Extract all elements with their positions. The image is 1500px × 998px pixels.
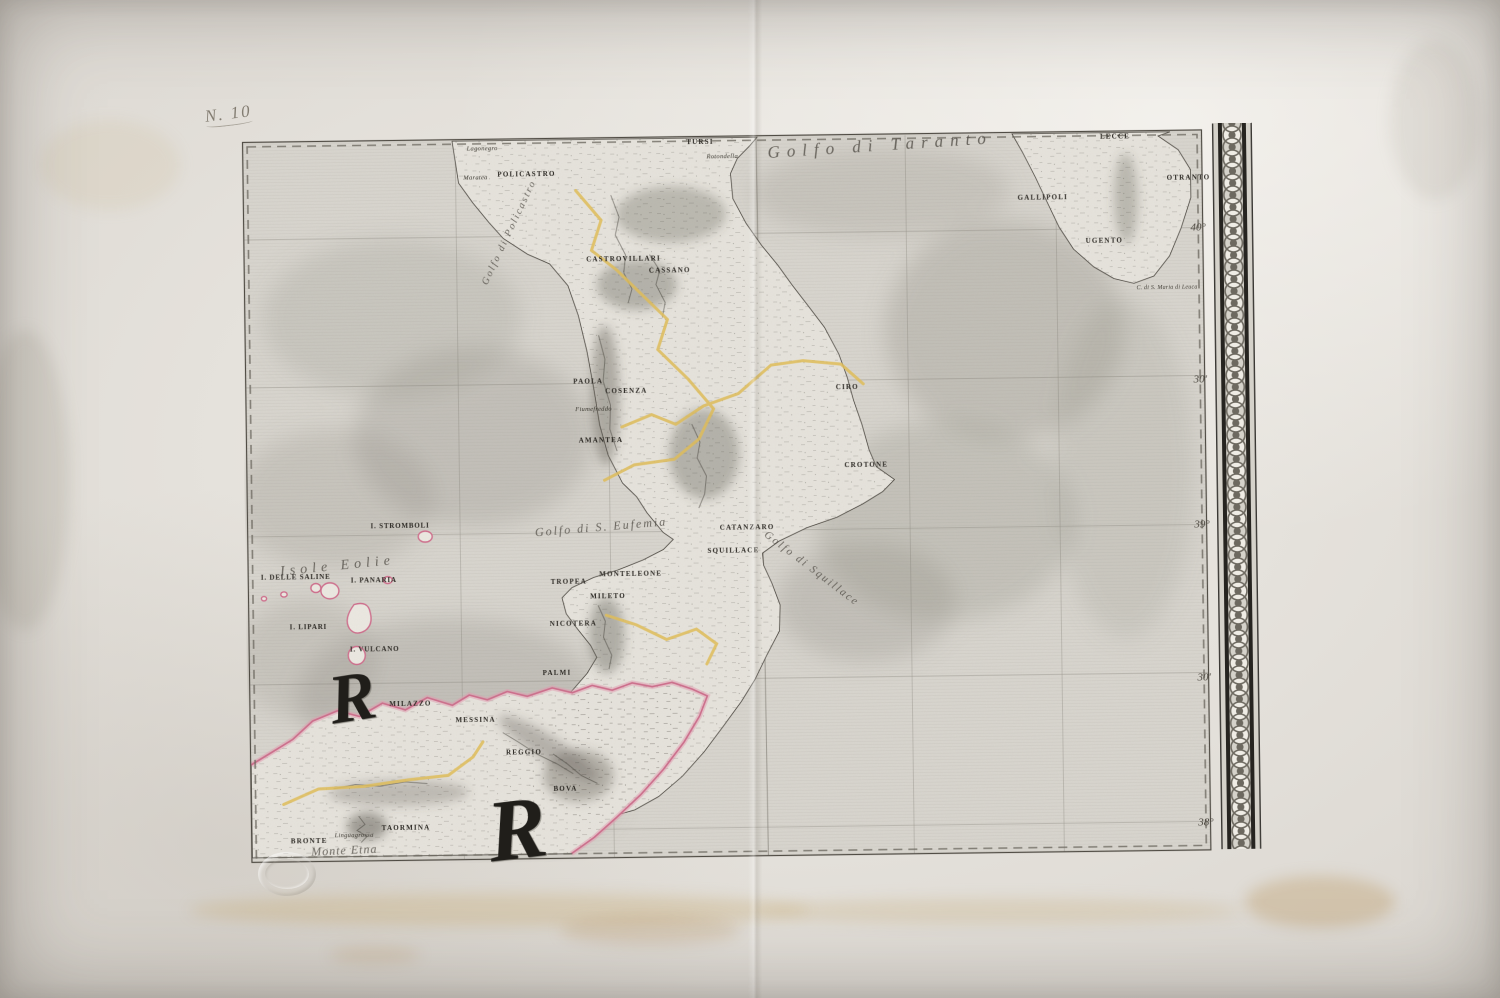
foxing-stain <box>560 915 740 945</box>
latitude-label: 38° <box>1198 816 1214 828</box>
foxing-stain <box>760 898 1240 924</box>
latitude-label: 40° <box>1190 221 1206 233</box>
plate-number: N. 10 <box>204 101 253 129</box>
map-sheet: N. 10 <box>0 0 1500 998</box>
latitude-label: 30' <box>1193 373 1207 385</box>
latitude-labels-layer: 40°30'39°30'38° <box>240 127 1269 866</box>
blind-stamp <box>258 852 316 896</box>
foxing-stain <box>40 120 180 210</box>
foxing-stain <box>330 946 420 964</box>
engraved-map: Golfo di TarantoGolfo di PolicastroGolfo… <box>240 127 1269 866</box>
foxing-stain <box>190 893 810 927</box>
latitude-label: 30' <box>1197 671 1211 683</box>
foxing-stain <box>1245 876 1395 928</box>
foxing-stain <box>1390 40 1480 200</box>
foxing-stain <box>0 330 70 630</box>
latitude-label: 39° <box>1194 518 1210 530</box>
